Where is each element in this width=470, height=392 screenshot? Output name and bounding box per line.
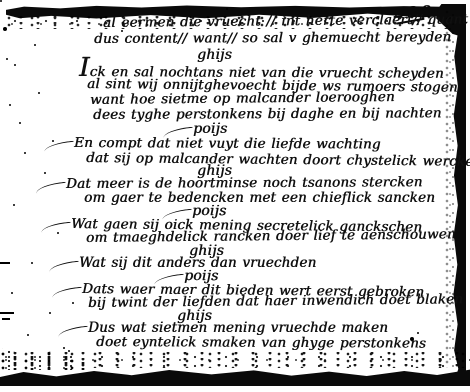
manuscript-line: om tmaeghdelick rancken doer lief te aen…	[86, 227, 456, 246]
margin-dash	[0, 312, 14, 314]
margin-dash	[2, 318, 10, 320]
manuscript-line: dus content// want// so sal v ghemuecht …	[94, 30, 451, 47]
manuscript-line: dees tyghe perstonkens bij daghe en bij …	[93, 106, 442, 123]
scan-edge-right	[452, 8, 466, 380]
manuscript-scan-page: 228 al eermen die vruecht // int herte v…	[0, 0, 470, 392]
margin-dash	[0, 262, 10, 264]
scan-edge-bottom	[0, 366, 470, 386]
scan-noise-bottom	[0, 352, 470, 368]
scan-noise-right	[444, 10, 454, 368]
scan-specks	[0, 0, 2, 2]
manuscript-line: bij twint der liefden dat haer inwendich…	[88, 292, 463, 311]
manuscript-line: al eermen die vruecht // int herte vercl…	[103, 12, 468, 31]
manuscript-line: doet eyntelick smaken van ghyge perstonk…	[96, 335, 426, 352]
manuscript-line: dat sij op malcander wachten doort chyst…	[86, 151, 470, 170]
manuscript-line: om gaer te bedencken met een chieflick s…	[84, 191, 435, 206]
scan-corner-bottom-left	[0, 338, 92, 370]
